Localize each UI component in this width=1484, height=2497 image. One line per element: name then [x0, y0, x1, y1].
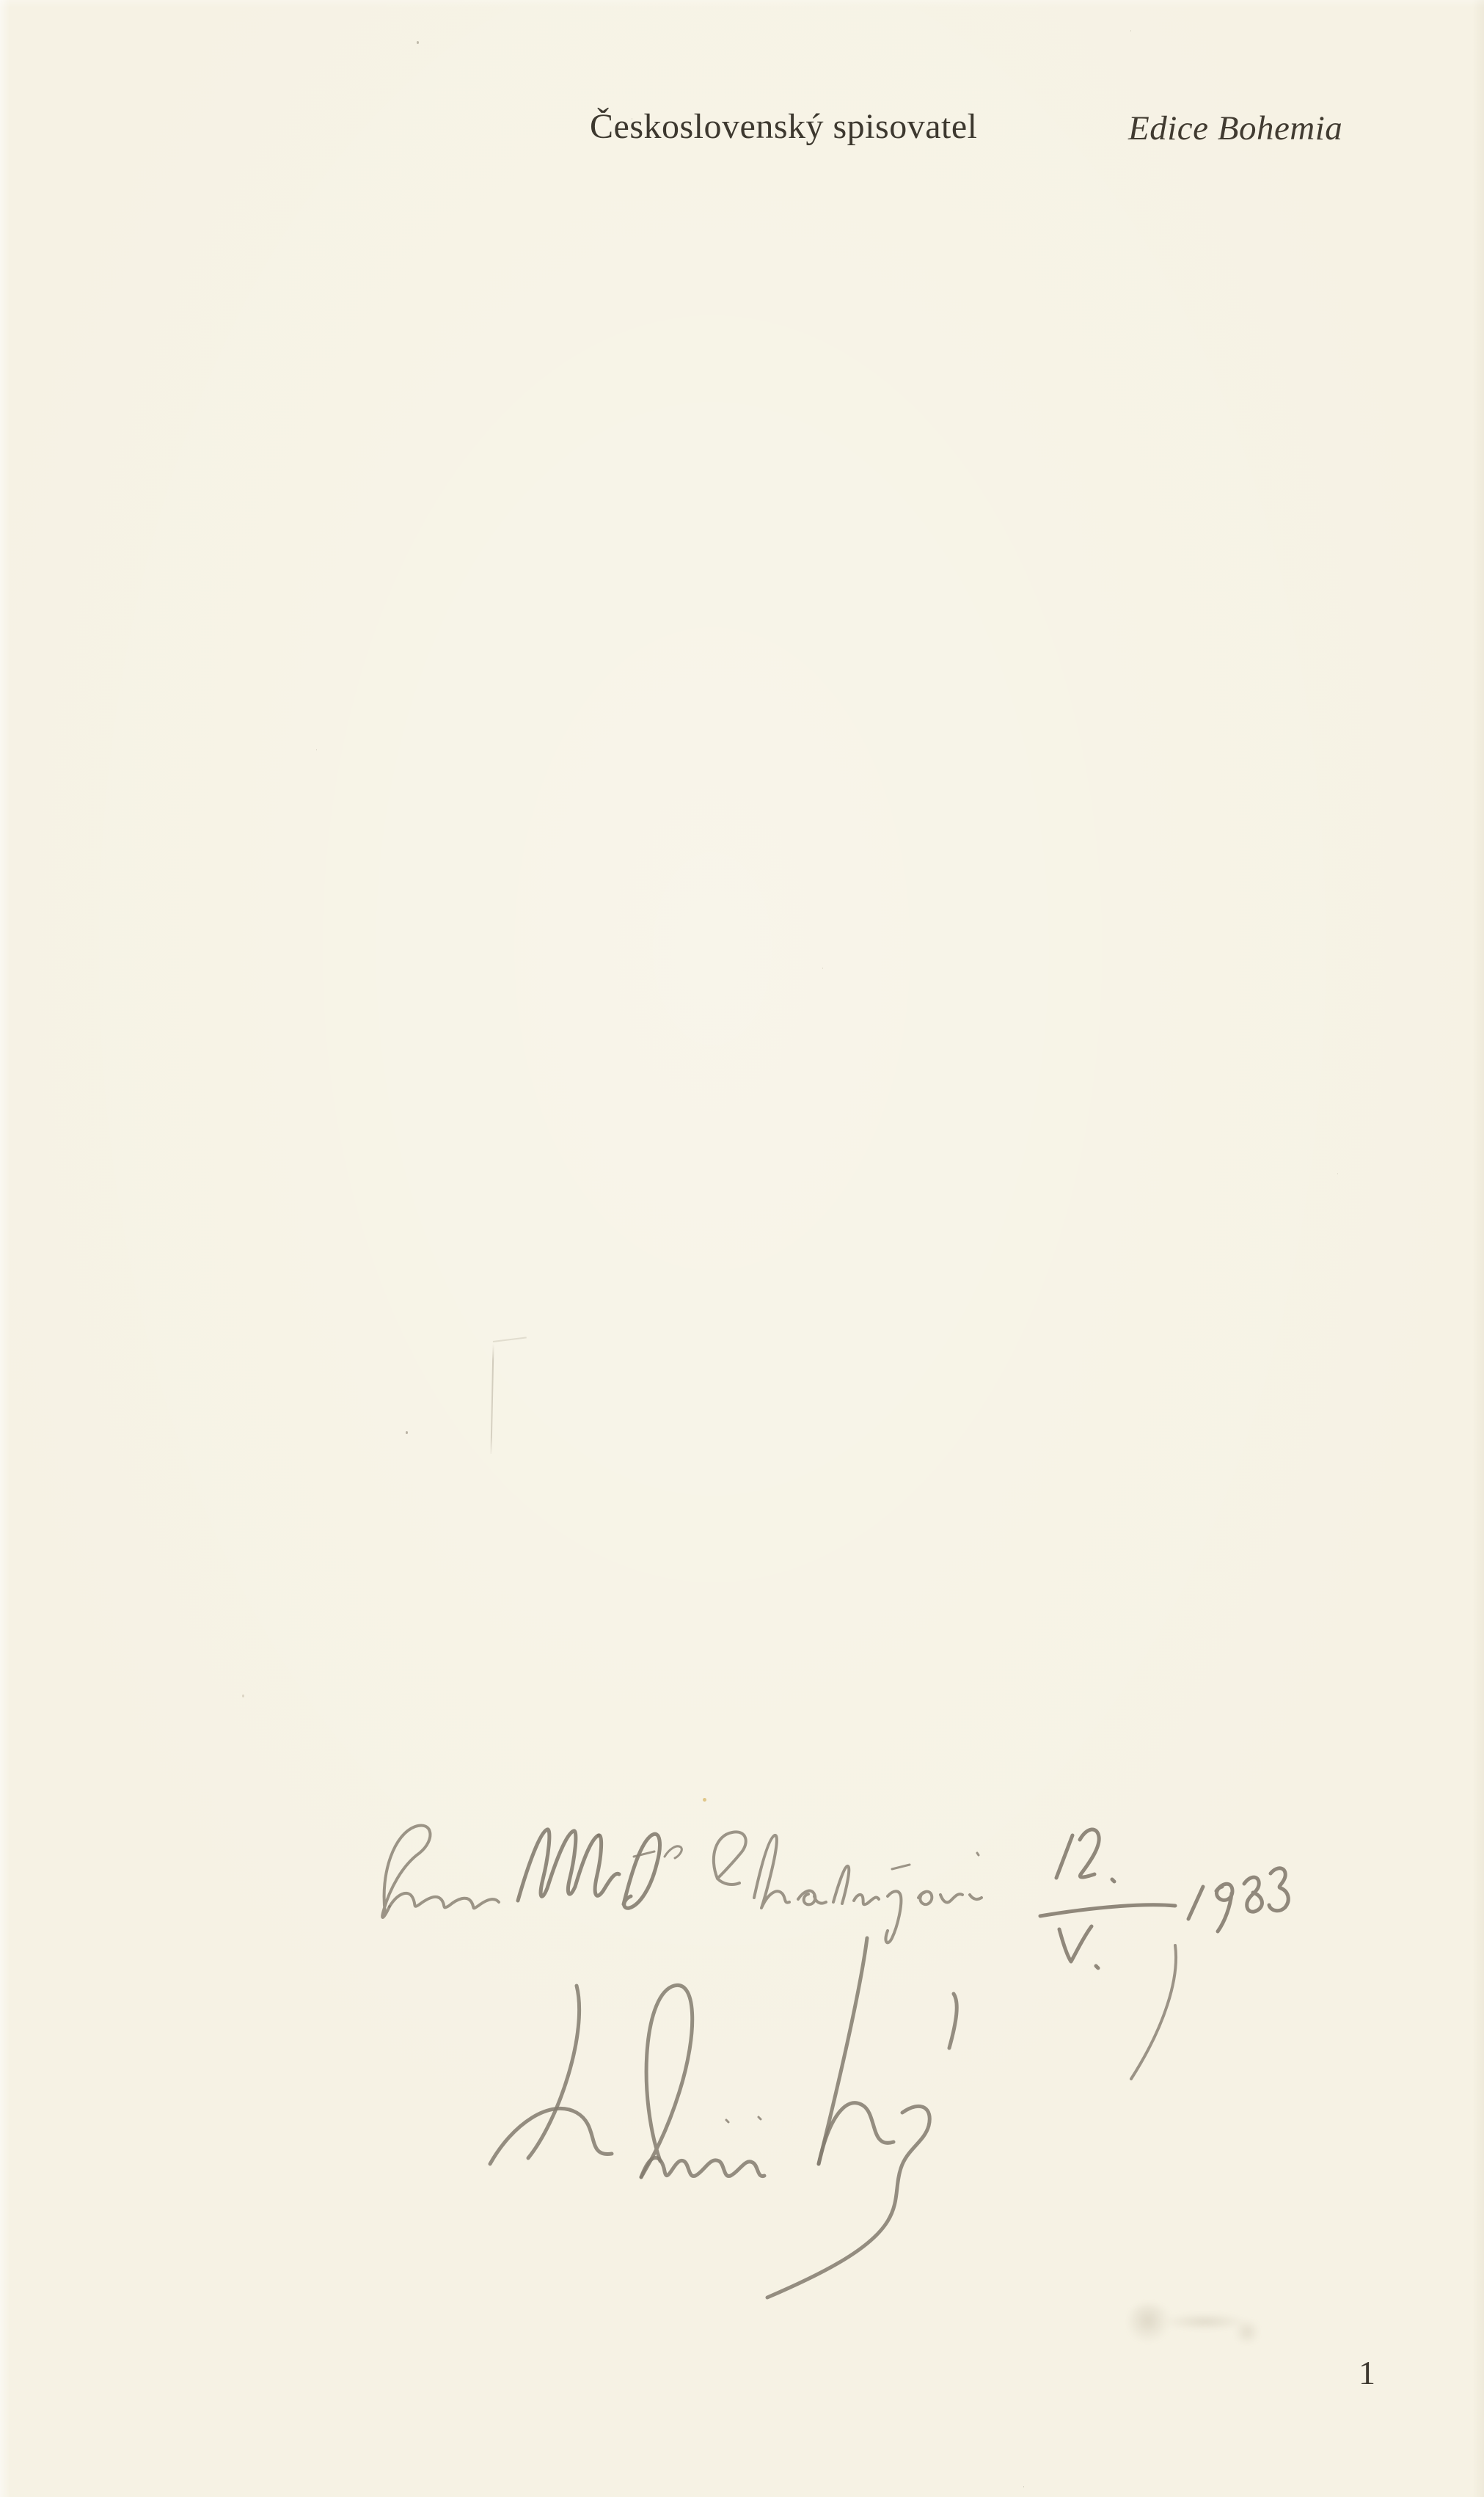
page-number: 1	[1359, 2353, 1375, 2392]
dedication-handwriting	[382, 1826, 982, 1943]
edition-name: Edice Bohemia	[1128, 109, 1342, 148]
handwritten-inscription	[315, 1753, 1342, 2355]
scan-scratch-hook	[493, 1337, 527, 1342]
erased-smudge	[1116, 2295, 1263, 2353]
scanned-book-page: Československý spisovatel Edice Bohemia	[0, 0, 1484, 2497]
printed-header: Československý spisovatel Edice Bohemia	[0, 107, 1484, 151]
publisher-name: Československý spisovatel	[590, 107, 977, 147]
smudge-blob	[1165, 2314, 1246, 2330]
date-handwriting	[1040, 1829, 1288, 2079]
smudge-blob	[1234, 2319, 1260, 2344]
scan-scratch	[490, 1344, 494, 1454]
signature-handwriting	[490, 1938, 957, 2297]
paper-specks	[417, 41, 419, 44]
paper-speck-amber	[703, 1798, 706, 1802]
